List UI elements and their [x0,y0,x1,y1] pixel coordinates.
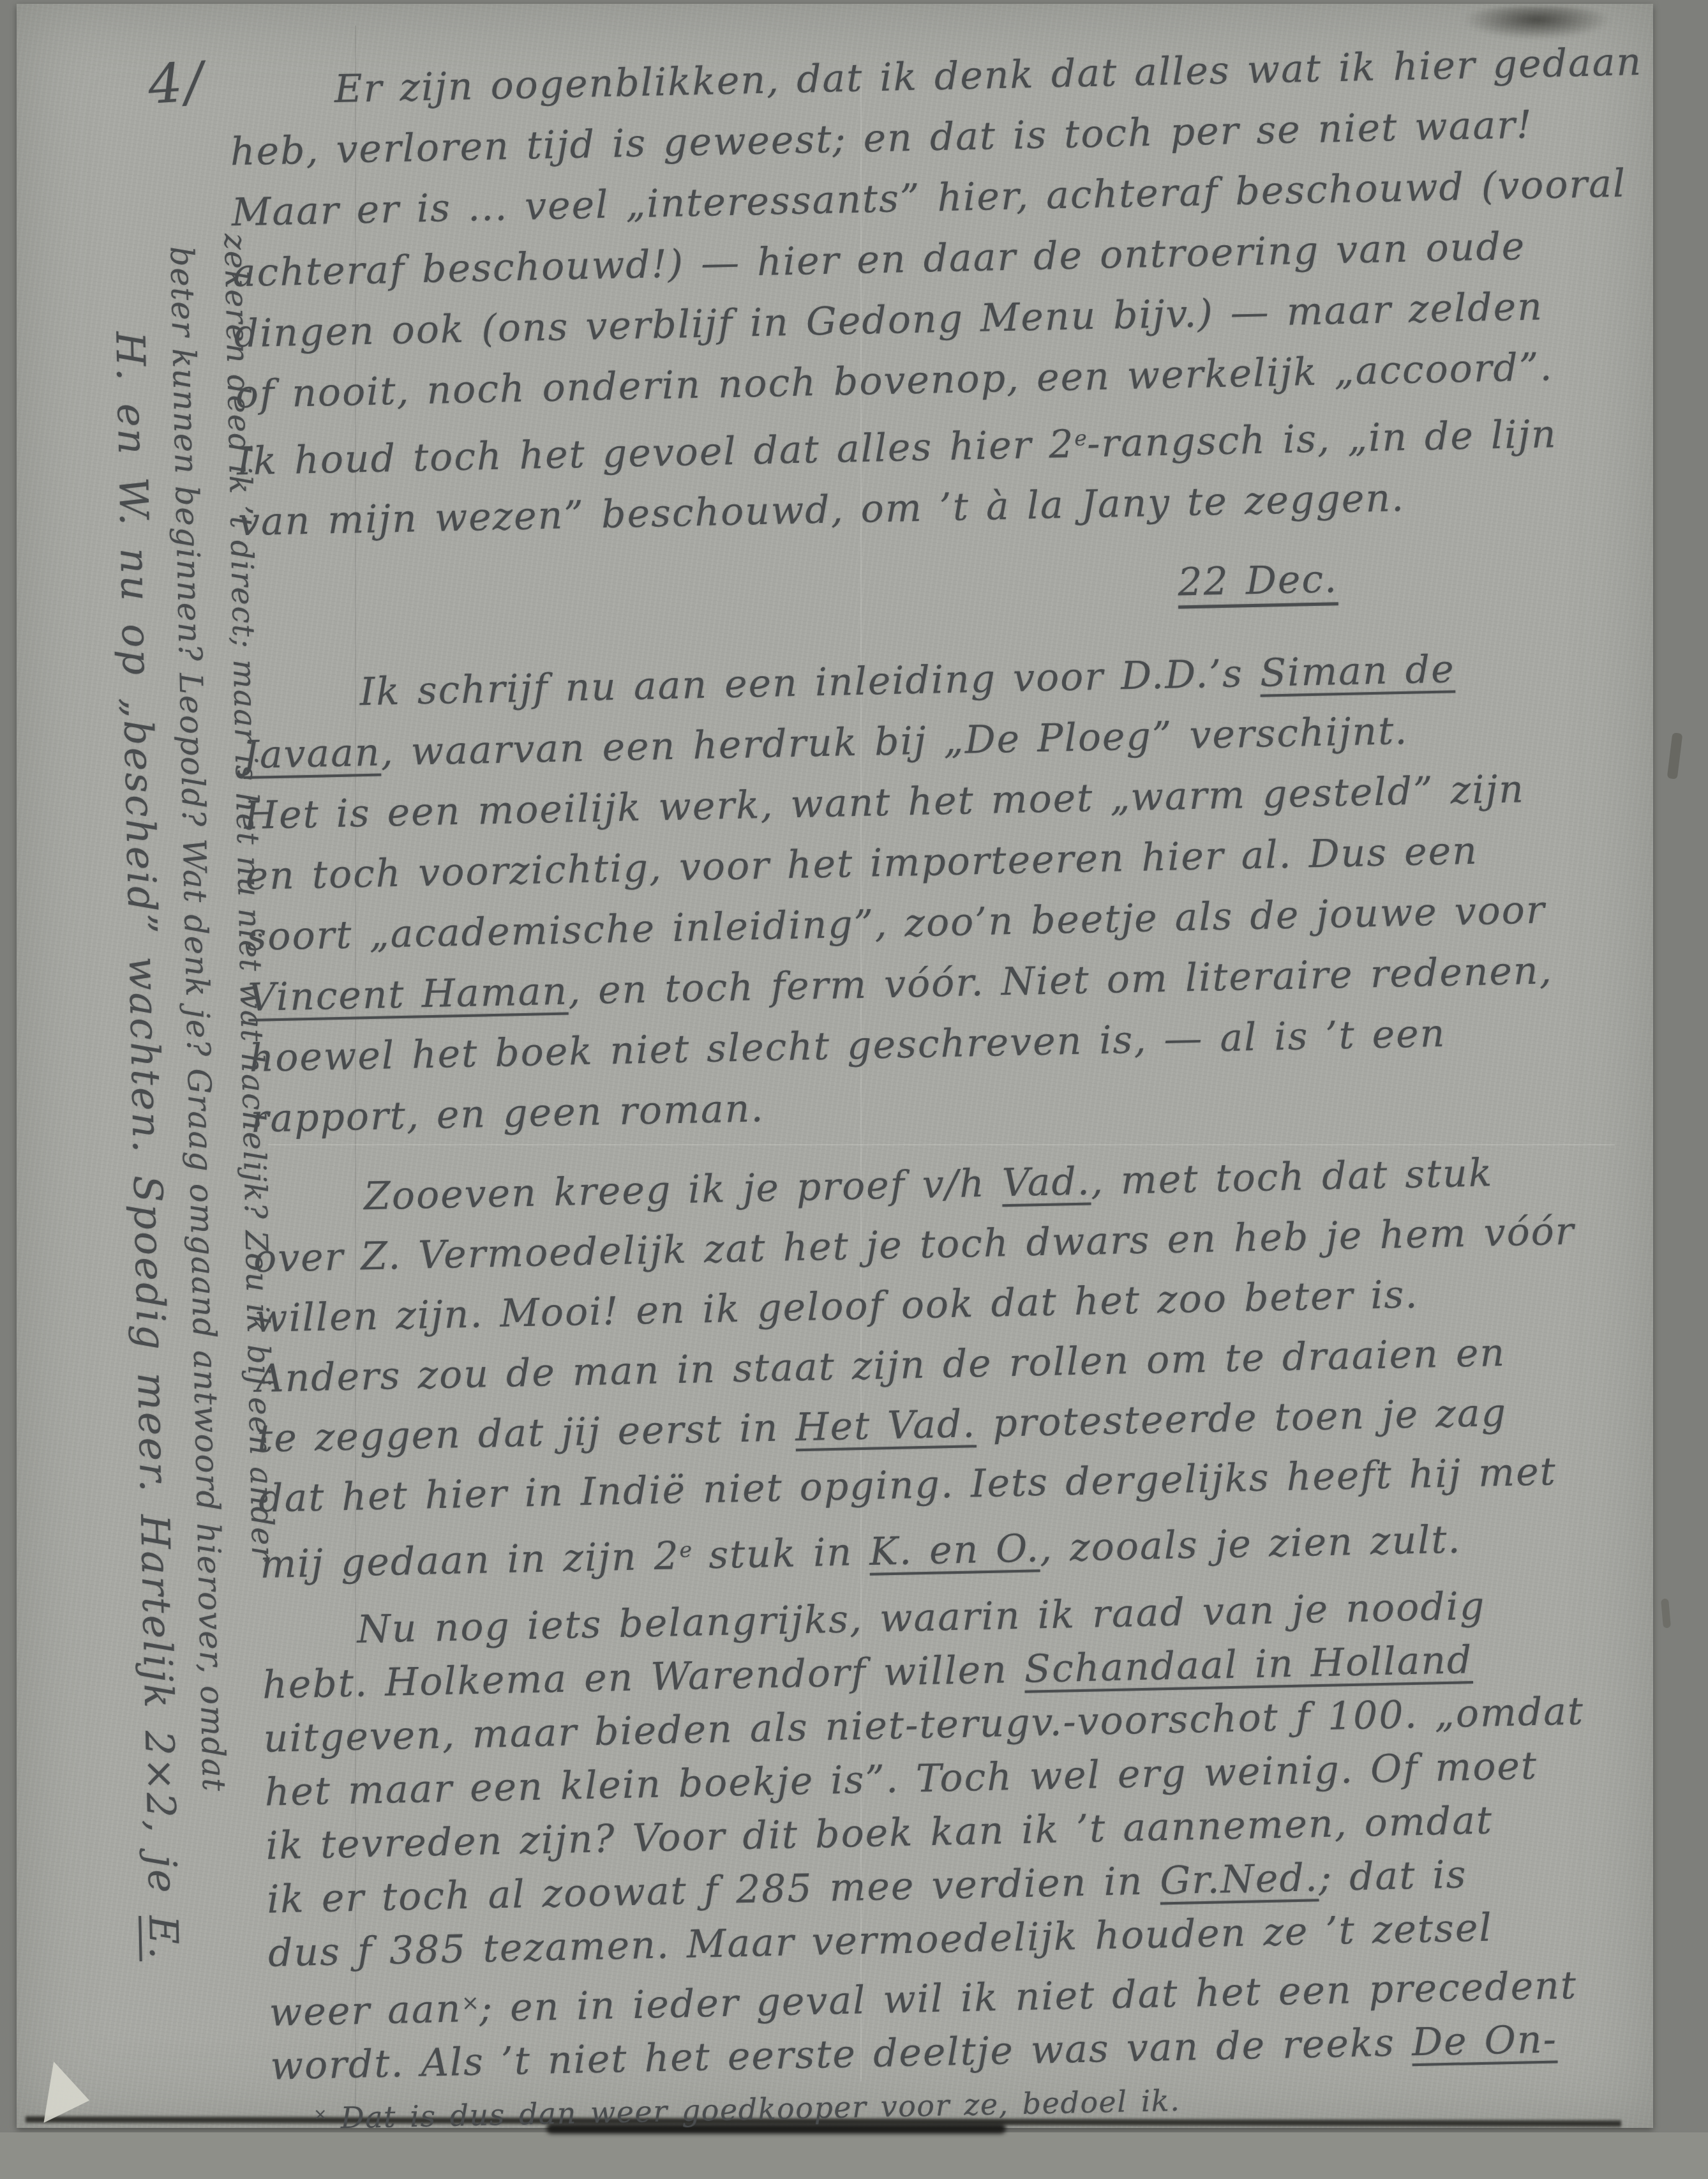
superscript-mark: × [313,2105,327,2123]
page-number: 4/ [146,54,207,112]
text-segment: rapport, en geen roman. [250,1086,765,1142]
superscript-mark: e [679,1537,692,1562]
underlined-text: Vincent Haman [248,969,569,1020]
paragraph-3: Zooeven kreeg ik je proef v/h Vad., met … [251,1139,1683,1595]
text-segment: Zooeven kreeg ik je proef v/h [363,1161,1002,1219]
text-segment: Ik houd toch het gevoel dat alles hier 2 [236,422,1075,484]
text-segment: ; dat is [1318,1853,1467,1901]
text-segment: -rangsch is, „in de lijn [1086,412,1557,466]
text-segment: stuk in [691,1530,869,1578]
scanner-bed-strip [0,2132,1708,2179]
superscript-mark: e [1074,425,1087,450]
underlined-text: De On- [1411,2017,1557,2065]
superscript-mark: × [461,1990,479,2016]
paragraph-1: Er zijn oogenblikken, dat ik denk dat al… [228,32,1662,554]
scanned-letter-screenshot: 4/ Er zijn oogenblikken, dat ik denk dat… [0,0,1708,2179]
text-segment: Ik schrijf nu aan een inleiding voor D.D… [359,651,1261,715]
paragraph-4: Nu nog iets belangrijks, waarin ik raad … [261,1575,1695,2093]
underlined-text: Schandaal in Holland [1024,1638,1473,1692]
underlined-text: K. en O. [869,1527,1040,1575]
text-segment: , zooals je zien zult. [1039,1518,1462,1571]
text-segment: te zeggen dat jij eerst in [257,1405,796,1461]
text-segment: protesteerde toen je zag [975,1391,1507,1446]
underlined-text: Het Vad. [795,1401,976,1450]
text-segment: , met toch dat stuk [1090,1150,1494,1203]
date-heading-text: 22 Dec. [1178,557,1338,605]
underlined-text: E. [140,1915,187,1961]
underlined-text: Siman de [1259,647,1455,695]
scan-edge-mark [1667,732,1683,779]
underlined-text: Vad. [1001,1159,1091,1206]
letter-body: Er zijn oogenblikken, dat ik denk dat al… [228,32,1695,2139]
paragraph-2: Ik schrijf nu aan een inleiding voor D.D… [241,635,1674,1150]
text-segment: mij gedaan in zijn 2 [260,1534,680,1587]
date-heading: 22 Dec. [239,543,1664,633]
underlined-text: Gr.Ned. [1160,1856,1319,1904]
